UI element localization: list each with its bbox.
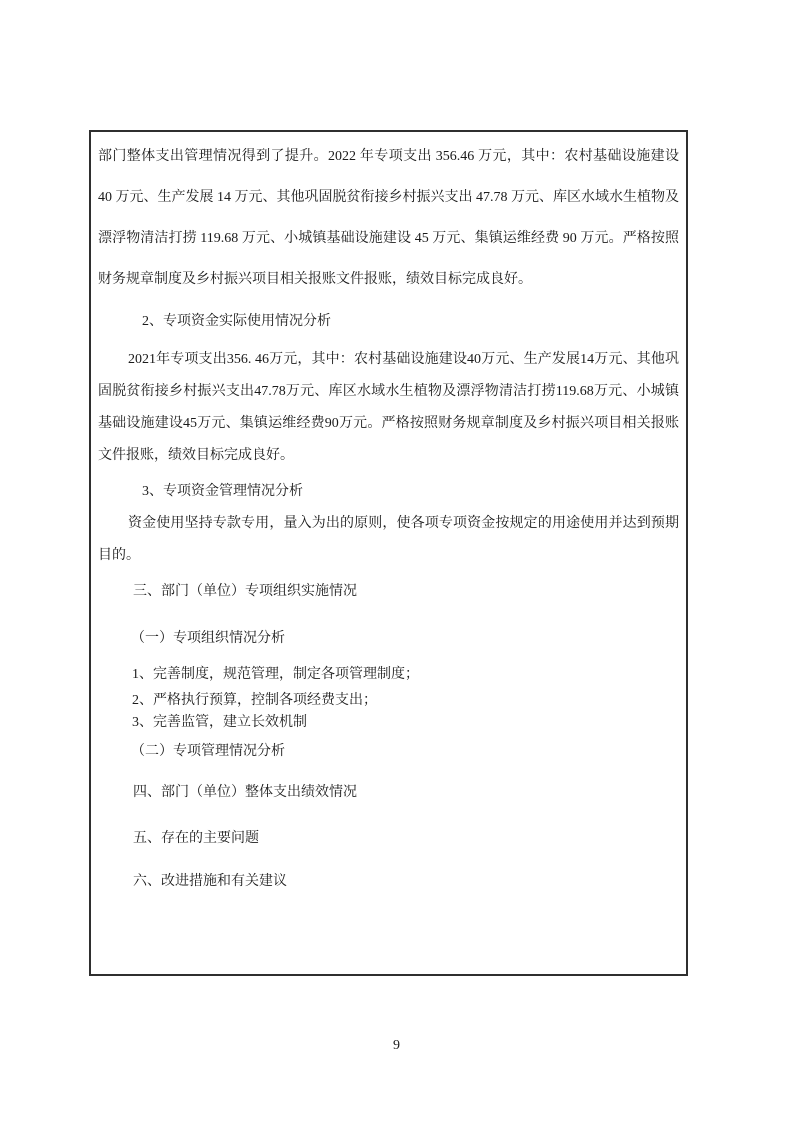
heading-section-3-implementation: 三、部门（单位）专项组织实施情况 <box>98 576 679 608</box>
list-item-1-improve-system: 1、完善制度，规范管理，制定各项管理制度； <box>98 664 679 686</box>
paragraph-2022-expenditure: 部门整体支出管理情况得到了提升。2022 年专项支出 356.46 万元，其中：… <box>98 136 679 300</box>
heading-sub-1-organization: （一）专项组织情况分析 <box>98 623 679 655</box>
heading-2-fund-actual-use: 2、专项资金实际使用情况分析 <box>98 306 679 338</box>
paragraph-fund-usage-principle: 资金使用坚持专款专用，量入为出的原则，使各项专项资金按规定的用途使用并达到预期目… <box>98 508 679 572</box>
paragraph-2021-expenditure: 2021年专项支出356. 46万元，其中：农村基础设施建设40万元、生产发展1… <box>98 344 679 472</box>
heading-section-4-performance: 四、部门（单位）整体支出绩效情况 <box>98 777 679 809</box>
list-item-3-supervision: 3、完善监管，建立长效机制 <box>98 712 679 734</box>
document-page: 部门整体支出管理情况得到了提升。2022 年专项支出 356.46 万元，其中：… <box>0 0 793 1122</box>
heading-section-5-problems: 五、存在的主要问题 <box>98 823 679 855</box>
page-number: 9 <box>0 1038 793 1054</box>
heading-sub-2-management: （二）专项管理情况分析 <box>98 736 679 768</box>
list-item-2-budget-execution: 2、严格执行预算，控制各项经费支出； <box>98 690 679 712</box>
heading-3-fund-management: 3、专项资金管理情况分析 <box>98 476 679 508</box>
bordered-content-cell: 部门整体支出管理情况得到了提升。2022 年专项支出 356.46 万元，其中：… <box>89 130 688 976</box>
heading-section-6-suggestions: 六、改进措施和有关建议 <box>98 866 679 898</box>
